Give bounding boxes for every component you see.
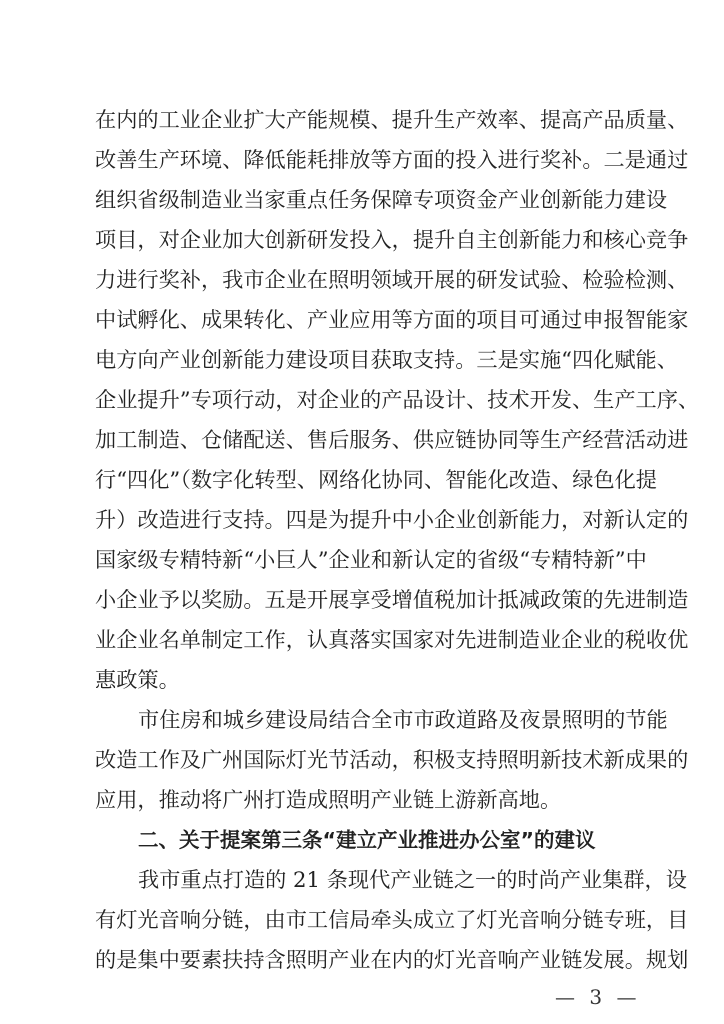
body-text-line: 国家级专精特新“小巨人”企业和新认定的省级“专精特新”中 bbox=[95, 545, 630, 575]
body-text-line: 在内的工业企业扩大产能规模、提升生产效率、提高产品质量、 bbox=[95, 105, 630, 135]
body-text-line: 改善生产环境、降低能耗排放等方面的投入进行奖补。二是通过 bbox=[95, 145, 630, 175]
body-text-line: 小企业予以奖励。五是开展享受增值税加计抵减政策的先进制造 bbox=[95, 585, 630, 615]
section-heading: 二、关于提案第三条“建立产业推进办公室”的建议 bbox=[138, 825, 630, 855]
body-text-line: 企业提升”专项行动，对企业的产品设计、技术开发、生产工序、 bbox=[95, 385, 630, 415]
body-text-line: 升）改造进行支持。四是为提升中小企业创新能力，对新认定的 bbox=[95, 505, 630, 535]
paragraph-start-line: 市住房和城乡建设局结合全市市政道路及夜景照明的节能 bbox=[138, 705, 630, 735]
body-text-line: 中试孵化、成果转化、产业应用等方面的项目可通过申报智能家 bbox=[95, 305, 630, 335]
body-text-line: 加工制造、仓储配送、售后服务、供应链协同等生产经营活动进 bbox=[95, 425, 630, 455]
body-text-line: 应用，推动将广州打造成照明产业链上游新高地。 bbox=[95, 785, 630, 815]
paragraph-start-line: 我市重点打造的 21 条现代产业链之一的时尚产业集群，设 bbox=[138, 865, 630, 895]
body-text-line: 业企业名单制定工作，认真落实国家对先进制造业企业的税收优 bbox=[95, 625, 630, 655]
body-text-line: 有灯光音响分链，由市工信局牵头成立了灯光音响分链专班，目 bbox=[95, 905, 630, 935]
body-text-line: 项目，对企业加大创新研发投入，提升自主创新能力和核心竞争 bbox=[95, 225, 630, 255]
body-text-line: 行“四化”（数字化转型、网络化协同、智能化改造、绿色化提 bbox=[95, 465, 630, 495]
document-page: 在内的工业企业扩大产能规模、提升生产效率、提高产品质量、 改善生产环境、降低能耗… bbox=[0, 0, 724, 1024]
body-text-line: 组织省级制造业当家重点任务保障专项资金产业创新能力建设 bbox=[95, 185, 630, 215]
body-text-line: 力进行奖补，我市企业在照明领域开展的研发试验、检验检测、 bbox=[95, 265, 630, 295]
page-number: — 3 — bbox=[555, 985, 640, 1009]
body-text-line: 的是集中要素扶持含照明产业在内的灯光音响产业链发展。规划 bbox=[95, 945, 630, 975]
body-text-line: 惠政策。 bbox=[95, 665, 630, 695]
body-text-line: 电方向产业创新能力建设项目获取支持。三是实施“四化赋能、 bbox=[95, 345, 630, 375]
body-text-line: 改造工作及广州国际灯光节活动，积极支持照明新技术新成果的 bbox=[95, 745, 630, 775]
